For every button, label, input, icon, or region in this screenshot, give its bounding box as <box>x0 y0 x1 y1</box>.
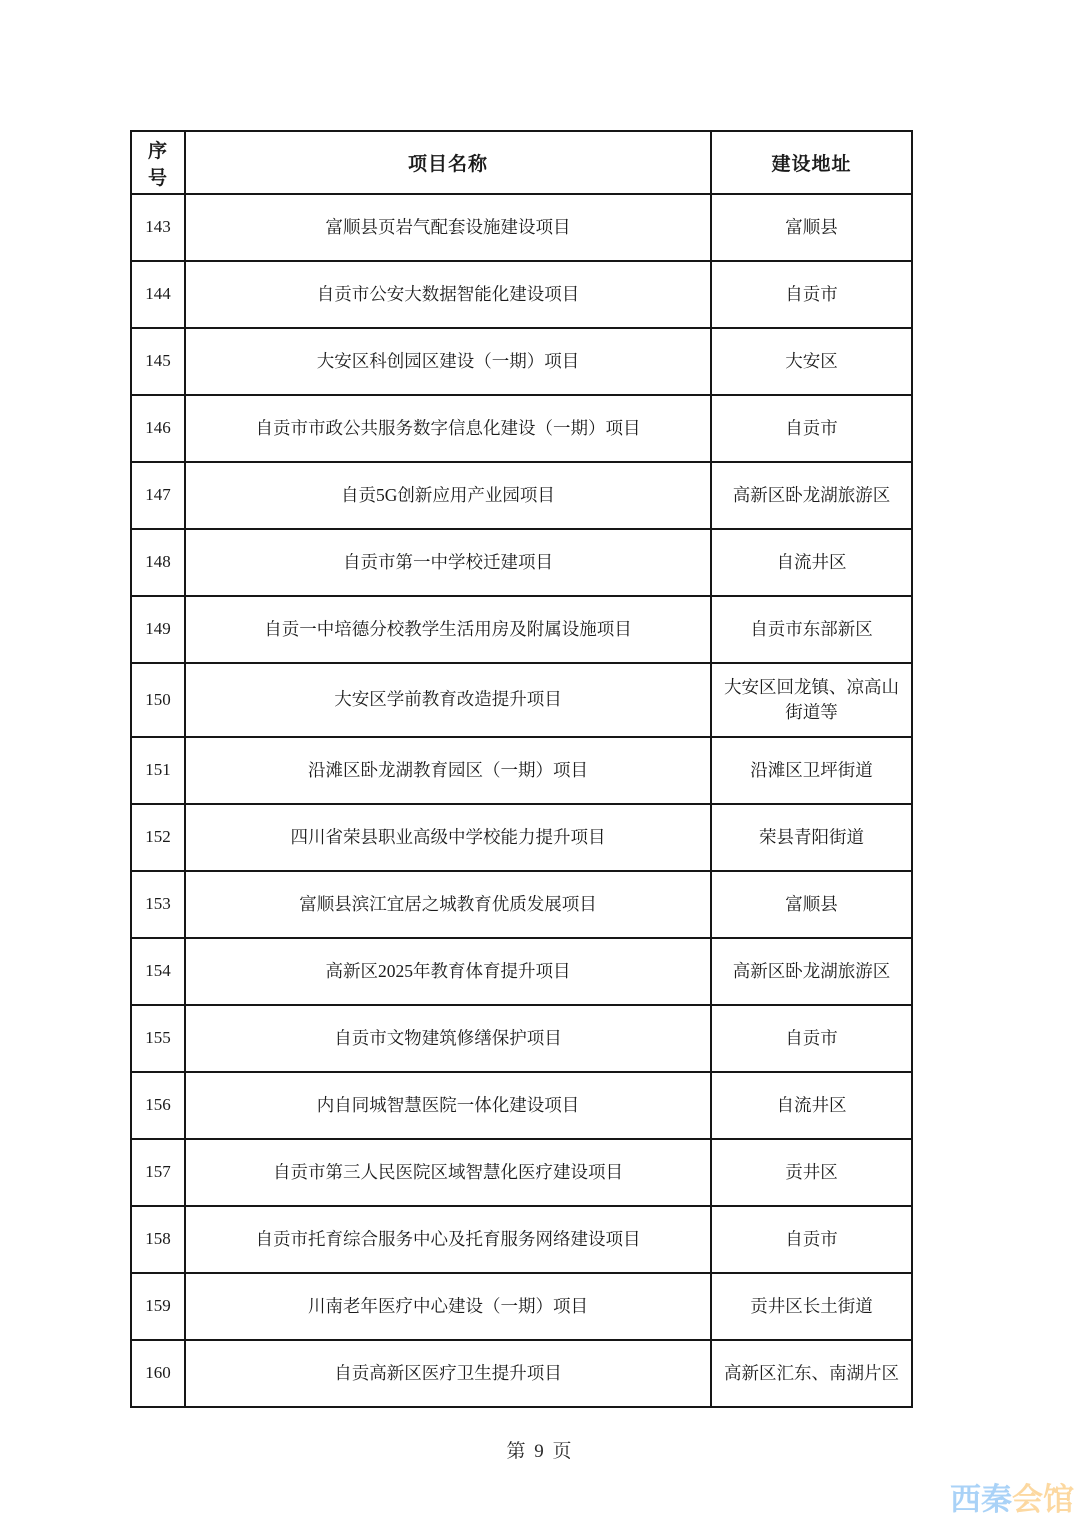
header-project-name: 项目名称 <box>185 131 711 194</box>
table-row: 159 川南老年医疗中心建设（一期）项目 贡井区长土街道 <box>131 1273 912 1340</box>
serial-number-cell: 154 <box>131 938 185 1005</box>
table-row: 147 自贡5G创新应用产业园项目 高新区卧龙湖旅游区 <box>131 462 912 529</box>
project-name-cell: 自贡市文物建筑修缮保护项目 <box>185 1005 711 1072</box>
table-row: 155 自贡市文物建筑修缮保护项目 自贡市 <box>131 1005 912 1072</box>
project-name-cell: 四川省荣县职业高级中学校能力提升项目 <box>185 804 711 871</box>
serial-number-cell: 159 <box>131 1273 185 1340</box>
serial-number-cell: 147 <box>131 462 185 529</box>
document-page: 序号 项目名称 建设地址 143 富顺县页岩气配套设施建设项目 富顺县 144 … <box>0 0 1080 1527</box>
serial-number-cell: 150 <box>131 663 185 737</box>
address-cell: 大安区回龙镇、凉高山街道等 <box>711 663 912 737</box>
project-table: 序号 项目名称 建设地址 143 富顺县页岩气配套设施建设项目 富顺县 144 … <box>130 130 913 1408</box>
serial-number-cell: 158 <box>131 1206 185 1273</box>
serial-number-cell: 148 <box>131 529 185 596</box>
serial-number-cell: 149 <box>131 596 185 663</box>
serial-number-cell: 151 <box>131 737 185 804</box>
address-cell: 自贡市 <box>711 1206 912 1273</box>
watermark-text-blue: 西秦 <box>950 1482 1012 1518</box>
header-serial-number: 序号 <box>131 131 185 194</box>
address-cell: 自贡市 <box>711 1005 912 1072</box>
address-cell: 高新区汇东、南湖片区 <box>711 1340 912 1407</box>
project-name-cell: 自贡市公安大数据智能化建设项目 <box>185 261 711 328</box>
project-name-cell: 自贡市托育综合服务中心及托育服务网络建设项目 <box>185 1206 711 1273</box>
project-name-cell: 自贡市第一中学校迁建项目 <box>185 529 711 596</box>
table-row: 160 自贡高新区医疗卫生提升项目 高新区汇东、南湖片区 <box>131 1340 912 1407</box>
serial-number-cell: 146 <box>131 395 185 462</box>
address-cell: 高新区卧龙湖旅游区 <box>711 938 912 1005</box>
project-name-cell: 自贡一中培德分校教学生活用房及附属设施项目 <box>185 596 711 663</box>
address-cell: 大安区 <box>711 328 912 395</box>
project-name-cell: 大安区科创园区建设（一期）项目 <box>185 328 711 395</box>
table-row: 148 自贡市第一中学校迁建项目 自流井区 <box>131 529 912 596</box>
serial-number-cell: 157 <box>131 1139 185 1206</box>
address-cell: 自流井区 <box>711 1072 912 1139</box>
watermark-logo: 西秦会馆 <box>950 1483 1074 1517</box>
project-name-cell: 自贡高新区医疗卫生提升项目 <box>185 1340 711 1407</box>
table-row: 152 四川省荣县职业高级中学校能力提升项目 荣县青阳街道 <box>131 804 912 871</box>
project-name-cell: 内自同城智慧医院一体化建设项目 <box>185 1072 711 1139</box>
table-header-row: 序号 项目名称 建设地址 <box>131 131 912 194</box>
project-name-cell: 川南老年医疗中心建设（一期）项目 <box>185 1273 711 1340</box>
address-cell: 贡井区长土街道 <box>711 1273 912 1340</box>
table-row: 150 大安区学前教育改造提升项目 大安区回龙镇、凉高山街道等 <box>131 663 912 737</box>
project-name-cell: 自贡市第三人民医院区域智慧化医疗建设项目 <box>185 1139 711 1206</box>
table-row: 145 大安区科创园区建设（一期）项目 大安区 <box>131 328 912 395</box>
watermark-text-orange: 会馆 <box>1012 1482 1074 1518</box>
table-row: 146 自贡市市政公共服务数字信息化建设（一期）项目 自贡市 <box>131 395 912 462</box>
address-cell: 沿滩区卫坪街道 <box>711 737 912 804</box>
address-cell: 富顺县 <box>711 194 912 261</box>
table-row: 157 自贡市第三人民医院区域智慧化医疗建设项目 贡井区 <box>131 1139 912 1206</box>
table-row: 154 高新区2025年教育体育提升项目 高新区卧龙湖旅游区 <box>131 938 912 1005</box>
address-cell: 高新区卧龙湖旅游区 <box>711 462 912 529</box>
project-name-cell: 自贡5G创新应用产业园项目 <box>185 462 711 529</box>
serial-number-cell: 145 <box>131 328 185 395</box>
table-row: 151 沿滩区卧龙湖教育园区（一期）项目 沿滩区卫坪街道 <box>131 737 912 804</box>
address-cell: 荣县青阳街道 <box>711 804 912 871</box>
project-name-cell: 沿滩区卧龙湖教育园区（一期）项目 <box>185 737 711 804</box>
serial-number-cell: 143 <box>131 194 185 261</box>
serial-number-cell: 144 <box>131 261 185 328</box>
project-name-cell: 高新区2025年教育体育提升项目 <box>185 938 711 1005</box>
address-cell: 富顺县 <box>711 871 912 938</box>
table-row: 158 自贡市托育综合服务中心及托育服务网络建设项目 自贡市 <box>131 1206 912 1273</box>
table-row: 156 内自同城智慧医院一体化建设项目 自流井区 <box>131 1072 912 1139</box>
project-name-cell: 富顺县页岩气配套设施建设项目 <box>185 194 711 261</box>
address-cell: 自流井区 <box>711 529 912 596</box>
address-cell: 自贡市东部新区 <box>711 596 912 663</box>
serial-number-cell: 155 <box>131 1005 185 1072</box>
table-row: 144 自贡市公安大数据智能化建设项目 自贡市 <box>131 261 912 328</box>
address-cell: 自贡市 <box>711 395 912 462</box>
project-name-cell: 大安区学前教育改造提升项目 <box>185 663 711 737</box>
address-cell: 自贡市 <box>711 261 912 328</box>
table-row: 143 富顺县页岩气配套设施建设项目 富顺县 <box>131 194 912 261</box>
table-row: 153 富顺县滨江宜居之城教育优质发展项目 富顺县 <box>131 871 912 938</box>
serial-number-cell: 152 <box>131 804 185 871</box>
page-number: 第 9 页 <box>0 1436 1080 1463</box>
header-construction-address: 建设地址 <box>711 131 912 194</box>
table-row: 149 自贡一中培德分校教学生活用房及附属设施项目 自贡市东部新区 <box>131 596 912 663</box>
serial-number-cell: 153 <box>131 871 185 938</box>
project-name-cell: 富顺县滨江宜居之城教育优质发展项目 <box>185 871 711 938</box>
address-cell: 贡井区 <box>711 1139 912 1206</box>
project-name-cell: 自贡市市政公共服务数字信息化建设（一期）项目 <box>185 395 711 462</box>
serial-number-cell: 156 <box>131 1072 185 1139</box>
serial-number-cell: 160 <box>131 1340 185 1407</box>
